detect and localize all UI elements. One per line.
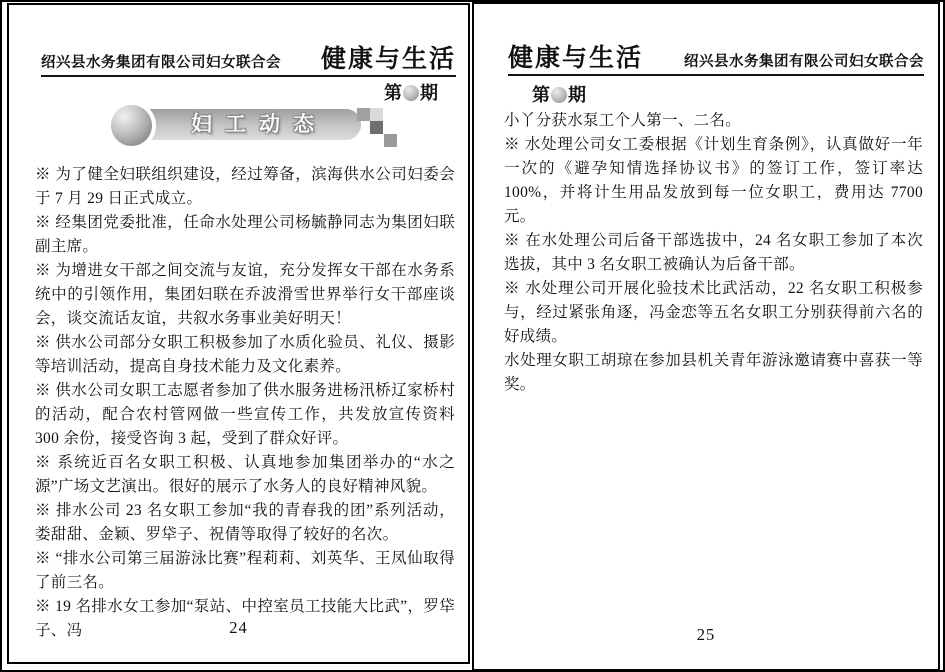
page-25: 健康与生活 绍兴县水务集团有限公司妇女联合会 第期 小丫分获水泵工个人第一、二名… xyxy=(472,2,940,671)
banner-bar: 妇工动态 xyxy=(129,109,361,140)
paragraph: 水处理女职工胡琼在参加县机关青年游泳邀请赛中喜获一等奖。 xyxy=(504,349,923,397)
paragraph: ※ 水处理公司女工委根据《计划生育条例》，认真做好一年一次的《避孕知情选择协议书… xyxy=(504,133,923,229)
paragraph: ※ 供水公司部分女职工积极参加了水质化验员、礼仪、摄影等培训活动，提高自身技术能… xyxy=(35,331,455,379)
paragraph: 小丫分获水泵工个人第一、二名。 xyxy=(504,109,923,133)
paragraph: ※ “排水公司第三届游泳比赛”程莉莉、刘英华、王凤仙取得了前三名。 xyxy=(35,547,455,595)
issue-number-ball xyxy=(403,85,419,101)
page-24: 绍兴县水务集团有限公司妇女联合会 健康与生活 第期 妇工动态 ※ 为了健全妇联组… xyxy=(7,3,470,664)
paragraph: ※ 水处理公司开展化验技术比武活动，22 名女职工积极参与，经过紧张角逐，冯金恋… xyxy=(504,277,923,349)
page-24-header: 绍兴县水务集团有限公司妇女联合会 健康与生活 xyxy=(41,47,456,77)
banner-title: 妇工动态 xyxy=(191,114,327,135)
page-25-body: 小丫分获水泵工个人第一、二名。※ 水处理公司女工委根据《计划生育条例》，认真做好… xyxy=(504,109,923,397)
paragraph: ※ 经集团党委批准，任命水处理公司杨毓静同志为集团妇联副主席。 xyxy=(35,211,455,259)
checker-square-icon xyxy=(357,108,370,121)
paragraph: ※ 供水公司女职工志愿者参加了供水服务进杨汛桥辽家桥村的活动，配合农村管网做一些… xyxy=(35,379,455,451)
checker-square-icon xyxy=(384,134,397,147)
issue-prefix: 第 xyxy=(532,85,550,105)
issue-suffix: 期 xyxy=(568,85,586,105)
issue-line: 第期 xyxy=(532,83,938,107)
issue-number-ball xyxy=(551,87,567,103)
issue-suffix: 期 xyxy=(420,83,438,103)
page-number: 25 xyxy=(474,625,938,645)
page-25-header: 健康与生活 绍兴县水务集团有限公司妇女联合会 xyxy=(508,46,924,76)
checker-square-icon xyxy=(370,121,383,134)
issue-line: 第期 xyxy=(9,81,438,105)
banner-women-workers-news: 妇工动态 xyxy=(9,104,468,150)
page-24-body: ※ 为了健全妇联组织建设，经过筹备，滨海供水公司妇委会于 7 月 29 日正式成… xyxy=(35,163,455,643)
paragraph: ※ 在水处理公司后备干部选拔中，24 名女职工参加了本次选拔，其中 3 名女职工… xyxy=(504,229,923,277)
page-number: 24 xyxy=(9,618,468,638)
paragraph: ※ 排水公司 23 名女职工参加“我的青春我的团”系列活动，娄甜甜、金颖、罗牮子… xyxy=(35,499,455,547)
banner-sphere-icon xyxy=(111,105,152,146)
publication-title: 健康与生活 xyxy=(321,47,456,72)
publication-title: 健康与生活 xyxy=(508,46,643,71)
paragraph: ※ 为了健全妇联组织建设，经过筹备，滨海供水公司妇委会于 7 月 29 日正式成… xyxy=(35,163,455,211)
paragraph: ※ 系统近百名女职工积极、认真地参加集团举办的“水之源”广场文艺演出。很好的展示… xyxy=(35,451,455,499)
paragraph: ※ 为增进女干部之间交流与友谊，充分发挥女干部在水务系统中的引领作用，集团妇联在… xyxy=(35,259,455,331)
org-name: 绍兴县水务集团有限公司妇女联合会 xyxy=(684,50,924,71)
checker-square-icon xyxy=(370,108,383,121)
org-name: 绍兴县水务集团有限公司妇女联合会 xyxy=(41,51,281,72)
issue-prefix: 第 xyxy=(384,83,402,103)
